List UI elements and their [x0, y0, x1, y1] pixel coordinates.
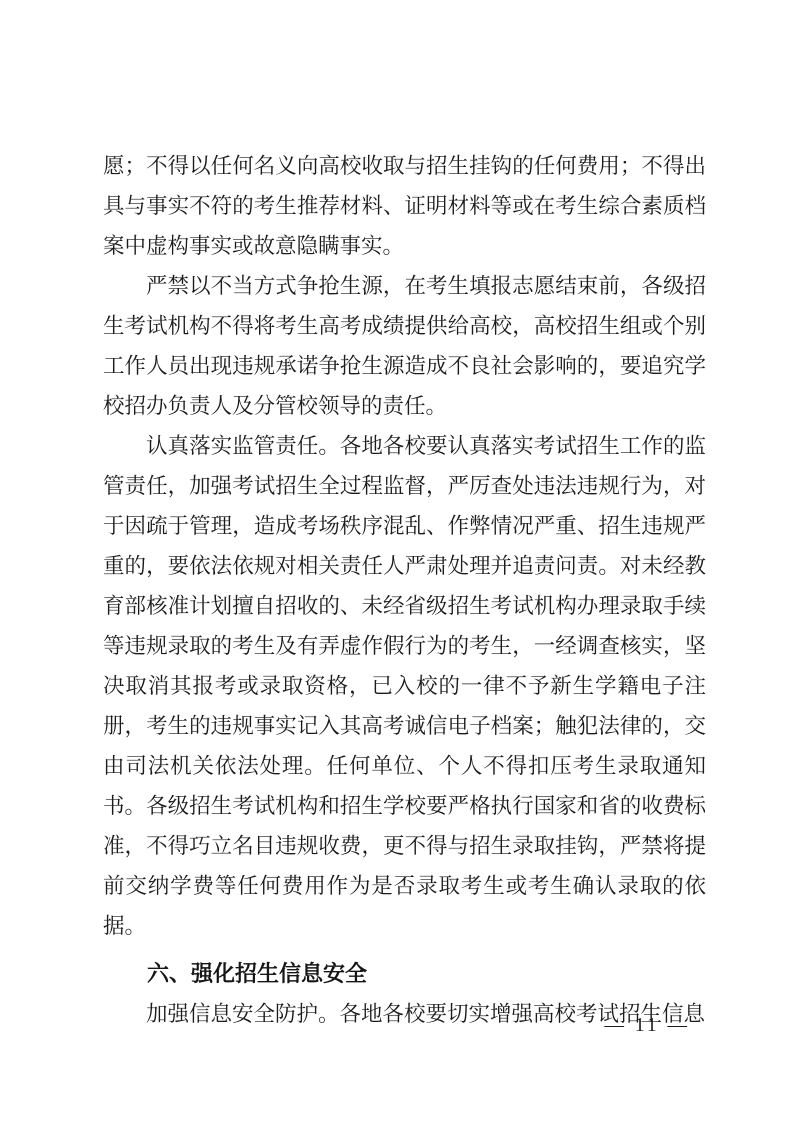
body-paragraph: 严禁以不当方式争抢生源，在考生填报志愿结束前，各级招生考试机构不得将考生高考成绩…	[103, 266, 706, 426]
page-number: — 11 —	[604, 1012, 690, 1040]
body-paragraph: 认真落实监管责任。各地各校要认真落实考试招生工作的监管责任，加强考试招生全过程监…	[103, 426, 706, 946]
section-heading: 六、强化招生信息安全	[103, 954, 706, 994]
body-paragraph: 愿；不得以任何名义向高校收取与招生挂钩的任何费用；不得出具与事实不符的考生推荐材…	[103, 146, 706, 266]
document-page: 愿；不得以任何名义向高校收取与招生挂钩的任何费用；不得出具与事实不符的考生推荐材…	[0, 0, 800, 1131]
page-body: 愿；不得以任何名义向高校收取与招生挂钩的任何费用；不得出具与事实不符的考生推荐材…	[103, 146, 706, 1034]
